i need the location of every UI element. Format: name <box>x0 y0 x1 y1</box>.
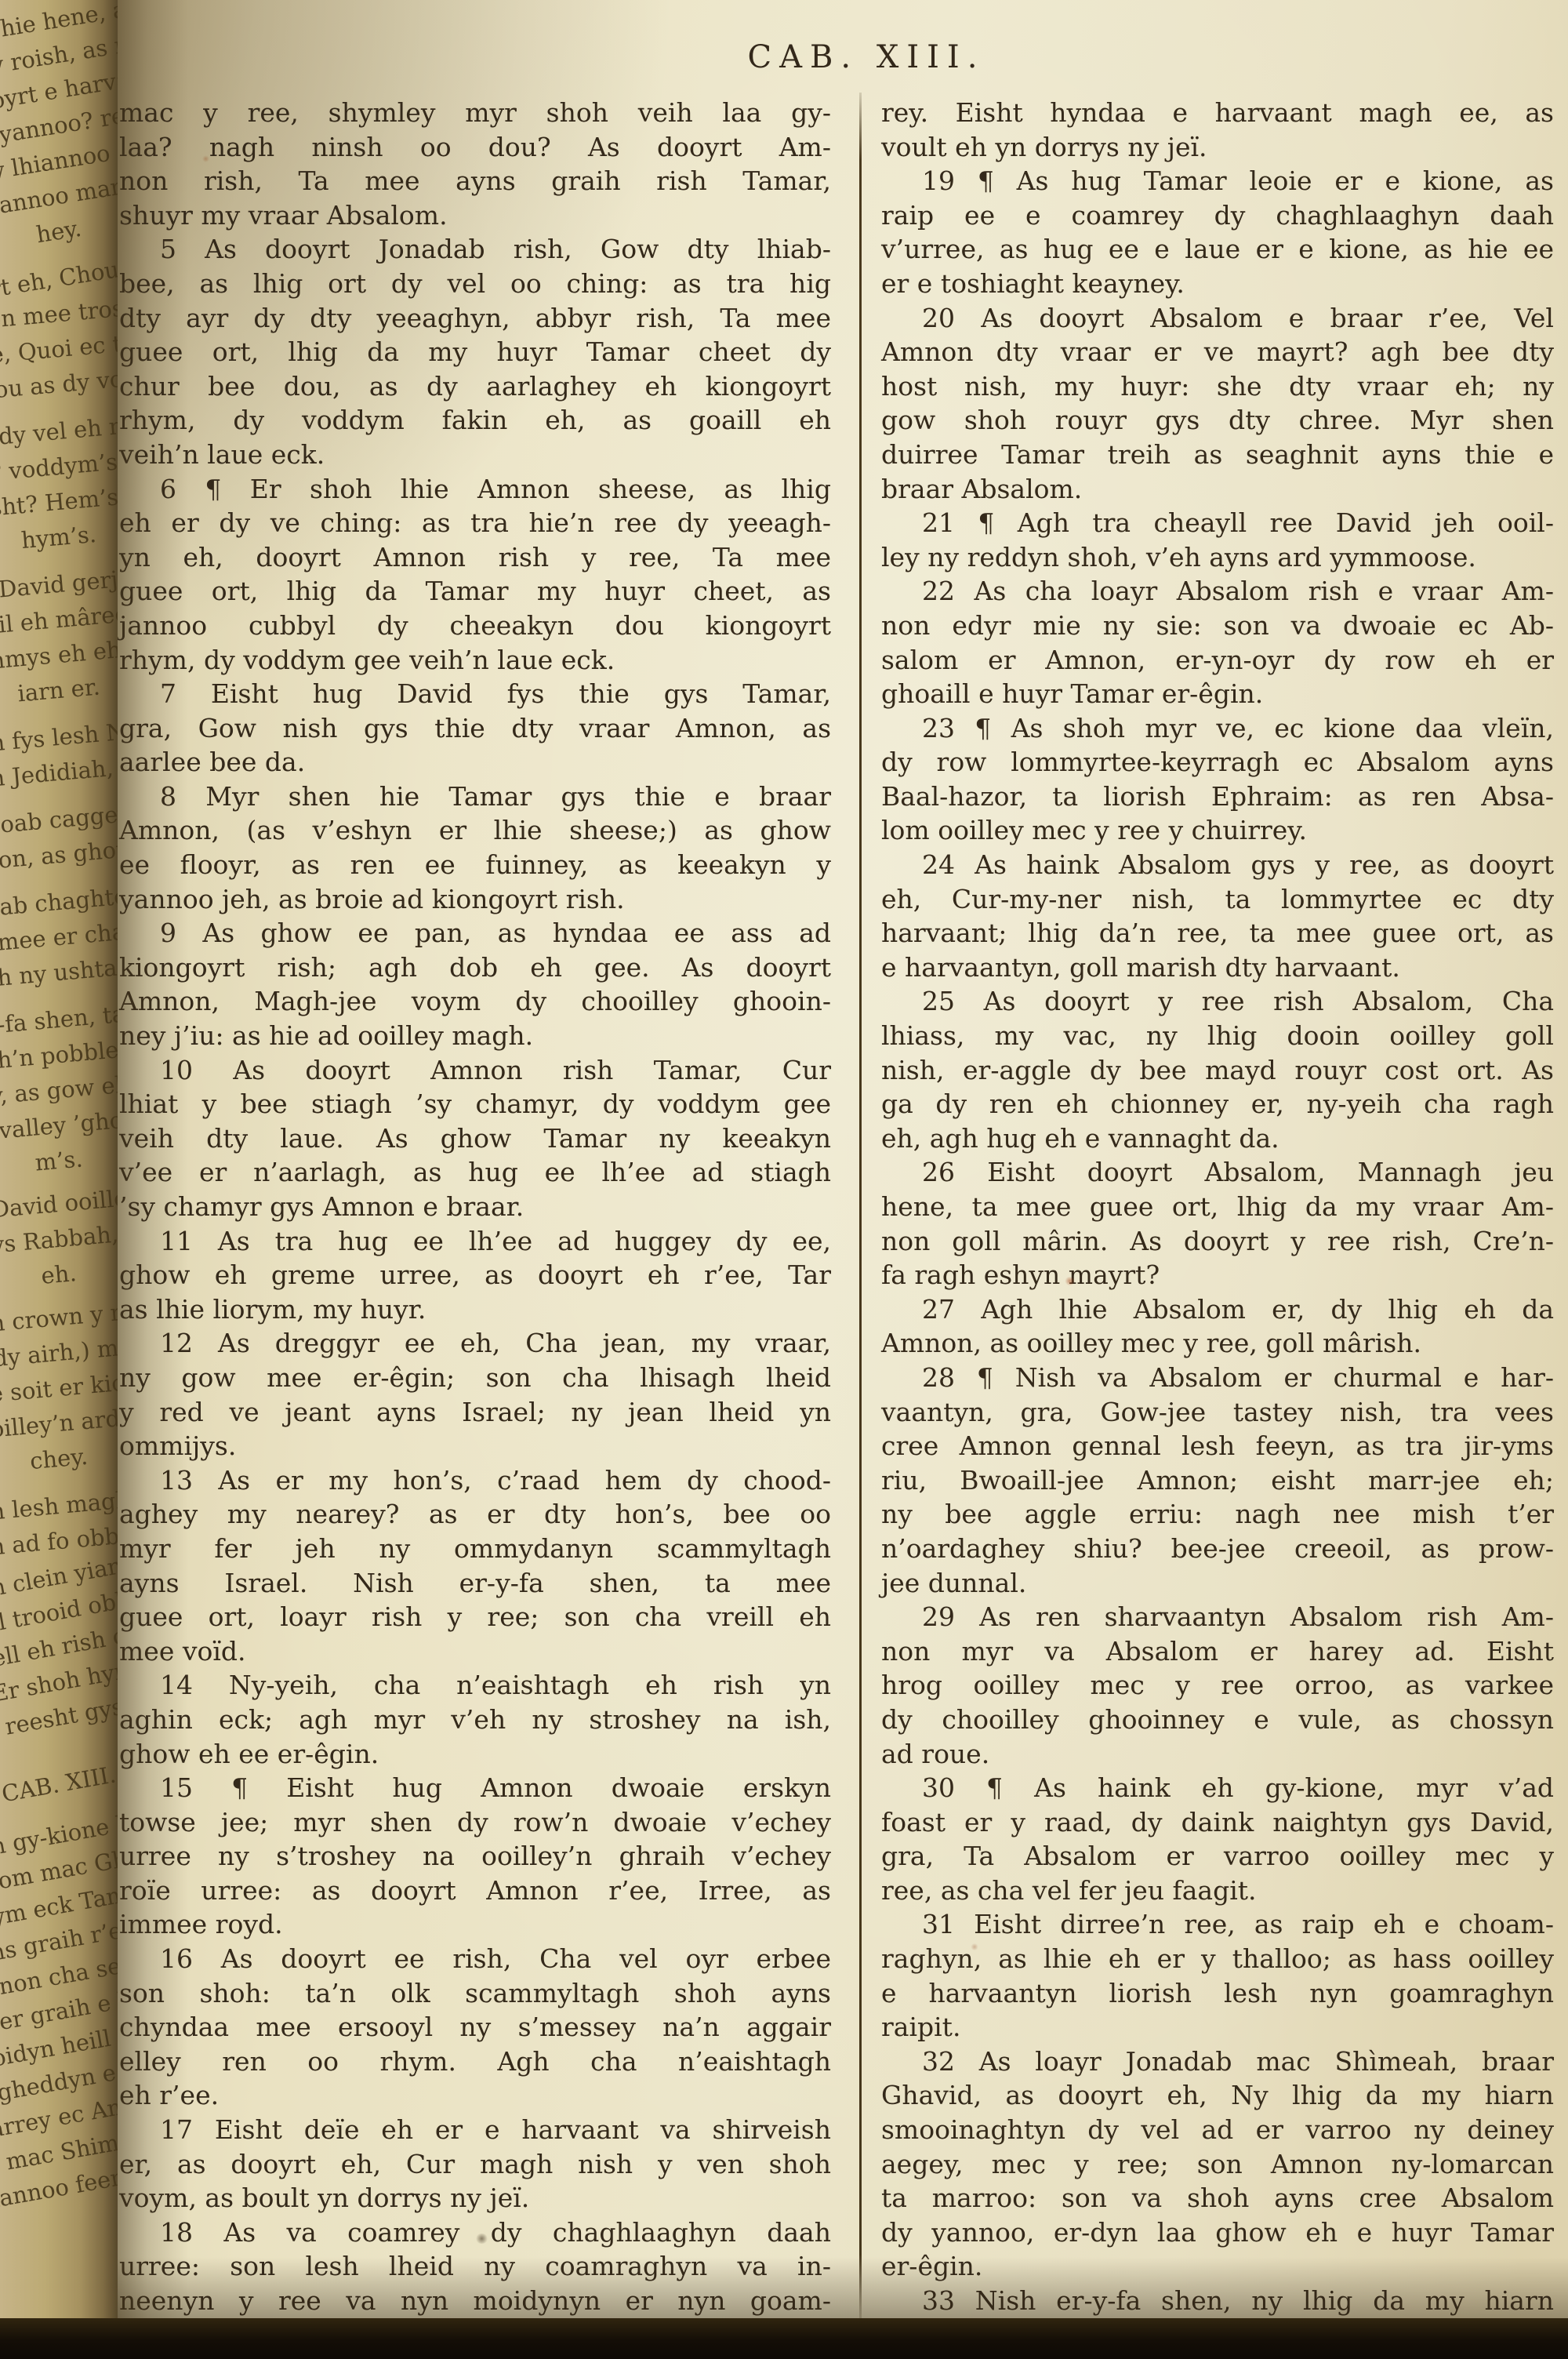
text-line: duirree Tamar treih as seaghnit ayns thi… <box>881 438 1554 472</box>
text-line: 17 Eisht deïe eh er e harvaant va shirve… <box>119 2113 831 2147</box>
text-line: ga dy ren eh chionney er, ny-yeih cha ra… <box>881 1087 1554 1121</box>
text-line: er-êgin. <box>881 2249 1554 2284</box>
book-page: CAB. XIII. mac y ree, shymley myr shoh v… <box>0 0 1568 2320</box>
text-line: 11 As tra hug ee lh’ee ad huggey dy ee, <box>119 1224 831 1259</box>
text-line: 24 As haink Absalom gys y ree, as dooyrt <box>881 848 1554 882</box>
text-line: 6 ¶ Er shoh lhie Amnon sheese, as lhig <box>119 472 831 507</box>
text-line: towse jee; myr shen dy row’n dwoaie v’ec… <box>119 1805 831 1840</box>
text-line: immee royd. <box>119 1907 831 1942</box>
text-line: son shoh: ta’n olk scammyltagh shoh ayns <box>119 1976 831 2011</box>
text-line: voym, as boult yn dorrys ny jeï. <box>119 2181 831 2215</box>
text-line: fa ragh eshyn mayrt? <box>881 1258 1554 1292</box>
text-line: 28 ¶ Nish va Absalom er churmal e har- <box>881 1361 1554 1395</box>
text-line: 32 As loayr Jonadab mac Shìmeah, braar <box>881 2045 1554 2079</box>
gutter-text-fragment: -y-fa shen, tayrn c <box>0 999 118 1040</box>
gutter-text-fragment: h dy vel eh marr <box>0 411 118 452</box>
text-line: 19 ¶ As hug Tamar leoie er e kione, as <box>881 164 1554 198</box>
text-line: ghoaill e huyr Tamar er-êgin. <box>881 677 1554 711</box>
text-line: non edyr mie ny sie: son va dwoaie ec Ab… <box>881 609 1554 643</box>
text-line: e harvaantyn, goll marish dty harvaant. <box>881 951 1554 985</box>
gutter-text-fragment: hym’s. <box>0 517 118 558</box>
text-line: Amnon, as ooilley mec y ree, goll mârish… <box>881 1326 1554 1361</box>
text-line: veih dty laue. As ghow Tamar ny keeakyn <box>119 1121 831 1156</box>
text-line: 5 As dooyrt Jonadab rish, Gow dty lhiab- <box>119 232 831 267</box>
text-line: mac y ree, shymley myr shoh veih laa gy- <box>119 96 831 130</box>
text-line: braar Absalom. <box>881 472 1554 507</box>
gutter-text-fragment: ee, Quoi ec ta fys <box>0 329 118 369</box>
text-line: non rish, Ta mee ayns graih rish Tamar, <box>119 164 831 198</box>
gutter-text-fragment: enmys eh eh Solo <box>0 634 118 675</box>
column-divider <box>859 93 862 2321</box>
gutter-text-fragment: eh lesh magh ny <box>0 1485 118 1526</box>
text-line: hene, ta mee guee ort, lhig da my vraar … <box>881 1190 1554 1224</box>
text-line: er e toshiaght keayney. <box>881 267 1554 301</box>
gutter-text-fragment: esht? Hem’s hugg <box>0 482 118 522</box>
text-line: lhiat y bee stiagh ’sy chamyr, dy voddym… <box>119 1087 831 1121</box>
text-line: chur bee dou, as dy aarlaghey eh kiongoy… <box>119 369 831 404</box>
text-line: ee flooyr, as ren ee fuinney, as keeakyn… <box>119 848 831 882</box>
gutter-text-fragment: chey. <box>0 1438 118 1479</box>
gutter-text-fragment: l David ooilley’n p <box>0 1183 118 1224</box>
text-line: 15 ¶ Eisht hug Amnon dwoaie erskyn <box>119 1771 831 1805</box>
gutter-text-fragment: ooilley’n ard-valle <box>0 1403 118 1444</box>
text-line: harvaant; lhig da’n ree, ta mee guee ort… <box>881 916 1554 951</box>
text-line: v’urree, as hug ee e laue er e kione, as… <box>881 232 1554 267</box>
gutter-text-fragment: gys Rabbah, as re <box>0 1219 118 1259</box>
text-line: eh, Cur-my-ner nish, ta lommyrtee ec dty <box>881 882 1554 917</box>
text-line: 21 ¶ Agh tra cheayll ree David jeh ooil- <box>881 506 1554 540</box>
text-line: ny bee aggle erriu: nagh nee mish t’er <box>881 1497 1554 1532</box>
text-line: lom ooilley mec y ree y chuirrey. <box>881 813 1554 848</box>
text-line: ney j’iu: as hie ad ooilley magh. <box>119 1019 831 1053</box>
text-line: gra, Gow nish gys thie dty vraar Amnon, … <box>119 711 831 746</box>
text-line: raip ee e coamrey dy chaghlaaghyn daah <box>881 198 1554 233</box>
text-line: 26 Eisht dooyrt Absalom, Mannagh jeu <box>881 1155 1554 1190</box>
text-line: myr fer jeh ny ommydanyn scammyltagh <box>119 1532 831 1566</box>
text-line: 13 As er my hon’s, c’raad hem dy chood- <box>119 1463 831 1498</box>
text-line: Baal-hazor, ta liorish Ephraim: as ren A… <box>881 780 1554 814</box>
text-line: ny gow mee er-êgin; son cha lhisagh lhei… <box>119 1361 831 1395</box>
text-line: 25 As dooyrt y ree rish Absalom, Cha <box>881 984 1554 1019</box>
text-line: 7 Eisht hug David fys thie gys Tamar, <box>119 677 831 711</box>
text-line: 27 Agh lhie Absalom er, dy lhig eh da <box>881 1292 1554 1327</box>
text-line: dy yannoo, er-dyn laa ghow eh e huyr Tam… <box>881 2215 1554 2250</box>
gutter-text-fragment: ey, as gow eh: er-a <box>0 1070 118 1110</box>
gutter-text-fragment: d-valley ’ghoaill, a <box>0 1105 118 1146</box>
gutter-text-fragment: mon, as ghow eh y <box>0 834 118 875</box>
text-line: ley ny reddyn shoh, v’eh ayns ard yymmoo… <box>881 540 1554 575</box>
text-line: ayns Israel. Nish er-y-fa shen, ta mee <box>119 1566 831 1601</box>
gutter-text-fragment: t dy airh,) marish <box>0 1332 118 1373</box>
text-line: salom er Amnon, er-yn-oyr dy row eh er <box>881 643 1554 678</box>
text-line: Amnon dty vraar er ve mayrt? agh bee dty <box>881 335 1554 369</box>
text-line: urree ny s’troshey na ooilley’n ghraih v… <box>119 1839 831 1874</box>
text-line: raipit. <box>881 2010 1554 2045</box>
gutter-text-fragment: y? voddym’s eshy <box>0 446 118 487</box>
gutter-text-fragment: CAB. XIII. <box>0 1757 118 1812</box>
text-line: nish, er-aggle dy bee mayd rouyr cost or… <box>881 1053 1554 1088</box>
text-line: dy chooilley ghooinney e vule, as chossy… <box>881 1703 1554 1737</box>
text-line: as lhie liorym, my huyr. <box>119 1292 831 1327</box>
running-head: CAB. XIII. <box>157 39 1568 75</box>
text-line: raghyn, as lhie eh er y thalloo; as hass… <box>881 1942 1554 1976</box>
book-photo: CAB. XIII. mac y ree, shymley myr shoh v… <box>0 0 1568 2359</box>
text-line: 14 Ny-yeih, cha n’eaishtagh eh rish yn <box>119 1668 831 1703</box>
text-line: foast er y raad, dy daink naightyn gys D… <box>881 1805 1554 1840</box>
text-line: eh r’ee. <box>119 2078 831 2113</box>
text-line: 22 As cha loayr Absalom rish e vraar Am- <box>881 574 1554 609</box>
text-line: host nish, my huyr: she dty vraar eh; ny <box>881 369 1554 404</box>
gutter-text-fragment: i Joab caggey noi <box>0 799 118 840</box>
text-line: smooinaghtyn dy vel ad er varroo ny dein… <box>881 2113 1554 2147</box>
gutter-text-fragment: n David gerjaghey <box>0 564 118 605</box>
text-line: elley ren oo rhym. Agh cha n’eaishtagh <box>119 2045 831 2079</box>
text-line: 10 As dooyrt Amnon rish Tamar, Cur <box>119 1053 831 1088</box>
text-line: veih’n laue eck. <box>119 438 831 472</box>
text-line: ’sy chamyr gys Amnon e braar. <box>119 1190 831 1224</box>
text-line: ree, as cha vel fer jeu faagit. <box>881 1874 1554 1908</box>
text-line: 23 ¶ As shoh myr ve, ec kione daa vleïn, <box>881 711 1554 746</box>
text-line: vaantyn, gra, Gow-jee tastey nish, tra v… <box>881 1395 1554 1430</box>
text-line: ommijys. <box>119 1429 831 1463</box>
text-line: chyndaa mee ersooyl ny s’messey na’n agg… <box>119 2010 831 2045</box>
gutter-text-fragment: eh crown y ree oc j <box>0 1297 118 1338</box>
text-line: 9 As ghow ee pan, as hyndaa ee ass ad <box>119 916 831 951</box>
gutter-text-fragment: jeh ny ushtaghyn <box>0 952 118 993</box>
text-line: y red ve jeant ayns Israel; ny jean lhei… <box>119 1395 831 1430</box>
text-line: Amnon, Magh-jee voym dy chooilley ghooin… <box>119 984 831 1019</box>
text-line: guee ort, lhig da my huyr Tamar cheet dy <box>119 335 831 369</box>
gutter-text-fragment: eh fys lesh Nathan <box>0 717 118 758</box>
text-line: non goll mârin. As dooyrt y ree rish, Cr… <box>881 1224 1554 1259</box>
text-line: shuyr my vraar Absalom. <box>119 198 831 233</box>
gutter-text-fragment: ldil eh mâree; as <box>0 599 118 640</box>
text-line: Amnon, (as v’eshyn er lhie sheese;) as g… <box>119 813 831 848</box>
text-line: aarlee bee da. <box>119 745 831 780</box>
text-line: lhiass, my vac, ny lhig dooin ooilley go… <box>881 1019 1554 1053</box>
photo-bottom-edge <box>0 2318 1568 2359</box>
text-line: guee ort, lhig da Tamar my huyr cheet, a… <box>119 574 831 609</box>
gutter-text-fragment: a mee er chaggey <box>0 917 118 958</box>
text-line: 31 Eisht dirree’n ree, as raip eh e choa… <box>881 1907 1554 1942</box>
right-column: rey. Eisht hyndaa e harvaant magh ee, as… <box>881 96 1554 2318</box>
text-line: non myr va Absalom er harey ad. Eisht <box>881 1634 1554 1669</box>
text-line: roïe urree: as dooyrt Amnon r’ee, Irree,… <box>119 1874 831 1908</box>
text-line: 8 Myr shen hie Tamar gys thie e braar <box>119 780 831 814</box>
text-line: dty ayr dy dty yeeaghyn, abbyr rish, Ta … <box>119 301 831 336</box>
text-line: hrog ooilley mec y ree orroo, as varkee <box>881 1668 1554 1703</box>
text-line: rey. Eisht hyndaa e harvaant magh ee, as <box>881 96 1554 130</box>
text-line: 29 As ren sharvaantyn Absalom rish Am- <box>881 1600 1554 1634</box>
gutter-text-fragment: eh. <box>0 1254 118 1295</box>
text-line: yannoo jeh, as broie ad kiongoyrt rish. <box>119 882 831 917</box>
text-line: gra, Ta Absalom er varroo ooilley mec y <box>881 1839 1554 1874</box>
text-line: rhym, dy voddym gee veih’n laue eck. <box>119 643 831 678</box>
text-line: kiongoyrt rish; agh dob eh gee. As dooyr… <box>119 951 831 985</box>
text-line: cree Amnon gennal lesh feeyn, as tra jir… <box>881 1429 1554 1463</box>
text-line: aegey, mec y ree; son Amnon ny-lomarcan <box>881 2147 1554 2182</box>
text-line: urree: son lesh lheid ny coamraghyn va i… <box>119 2249 831 2284</box>
text-line: e harvaantyn liorish lesh nyn goamraghyn <box>881 1976 1554 2011</box>
text-line: guee ort, loayr rish y ree; son cha vrei… <box>119 1600 831 1634</box>
text-line: gow shoh rouyr gys dty chree. Myr shen <box>881 403 1554 438</box>
text-line: bee, as lhig ort dy vel oo ching: as tra… <box>119 267 831 301</box>
text-line: voult eh yn dorrys ny jeï. <box>881 130 1554 165</box>
text-line: er, as dooyrt eh, Cur magh nish y ven sh… <box>119 2147 831 2182</box>
text-line: 33 Nish er-y-fa shen, ny lhig da my hiar… <box>881 2284 1554 2318</box>
left-column: mac y ree, shymley myr shoh veih laa gy-… <box>119 96 831 2318</box>
gutter-text-fragment: iarn er. <box>0 670 118 711</box>
gutter-text-fragment: ren mee trostey as <box>0 293 118 334</box>
text-line: eh, agh hug eh e vannaght da. <box>881 1121 1554 1156</box>
text-line: mee voïd. <box>119 1634 831 1669</box>
text-line: dy row lommyrtee-keyrragh ec Absalom ayn… <box>881 745 1554 780</box>
gutter-text-fragment: dou as dy vod <box>0 364 118 405</box>
gutter-text-fragment: jeh’n pobble, as j <box>0 1034 118 1075</box>
text-line: v’ee er n’aarlagh, as hug ee lh’ee ad st… <box>119 1155 831 1190</box>
text-line: ad roue. <box>881 1737 1554 1772</box>
gutter-text-fragment: m’s. <box>0 1140 118 1181</box>
text-line: 12 As dreggyr ee eh, Cha jean, my vraar, <box>119 1326 831 1361</box>
text-line: ghow eh greme urree, as dooyrt eh r’ee, … <box>119 1258 831 1292</box>
text-line: jee dunnal. <box>881 1566 1554 1601</box>
text-line: eh er dy ve ching: as tra hie’n ree dy y… <box>119 506 831 540</box>
text-line: ghow eh ee er-êgin. <box>119 1737 831 1772</box>
text-line: n’oardaghey shiu? bee-jee creeoil, as pr… <box>881 1532 1554 1566</box>
text-line: 16 As dooyrt ee rish, Cha vel oyr erbee <box>119 1942 831 1976</box>
text-line: jannoo cubbyl dy cheeakyn dou kiongoyrt <box>119 609 831 643</box>
text-line: laa? nagh ninsh oo dou? As dooyrt Am- <box>119 130 831 165</box>
text-line: aghin eck; agh myr v’eh ny stroshey na i… <box>119 1703 831 1737</box>
text-line: aghey my nearey? as er dty hon’s, bee oo <box>119 1497 831 1532</box>
text-line: riu, Bwoaill-jee Amnon; eisht marr-jee e… <box>881 1463 1554 1498</box>
facing-page-gutter: e hie hene, asey roish, as ren eooyrt e … <box>0 0 118 2320</box>
gutter-text-fragment: eh Jedidiah, son y <box>0 752 118 793</box>
text-line: 30 ¶ As haink eh gy-kione, myr v’ad <box>881 1771 1554 1805</box>
text-line: Ghavid, as dooyrt eh, Ny lhig da my hiar… <box>881 2078 1554 2113</box>
text-line: rhym, dy voddym fakin eh, as goaill eh <box>119 403 831 438</box>
gutter-text-fragment: ve soit er kione G <box>0 1368 118 1408</box>
text-line: 18 As va coamrey dy chaghlaaghyn daah <box>119 2215 831 2250</box>
gutter-text-fragment: Joab chaghteryn g <box>0 881 118 922</box>
text-line: 20 As dooyrt Absalom e braar r’ee, Vel <box>881 301 1554 336</box>
text-line: yn eh, dooyrt Amnon rish y ree, Ta mee <box>119 540 831 575</box>
text-line: neenyn y ree va nyn moidynyn er nyn goam… <box>119 2284 831 2318</box>
text-line: ta marroo: son va shoh ayns cree Absalom <box>881 2181 1554 2215</box>
